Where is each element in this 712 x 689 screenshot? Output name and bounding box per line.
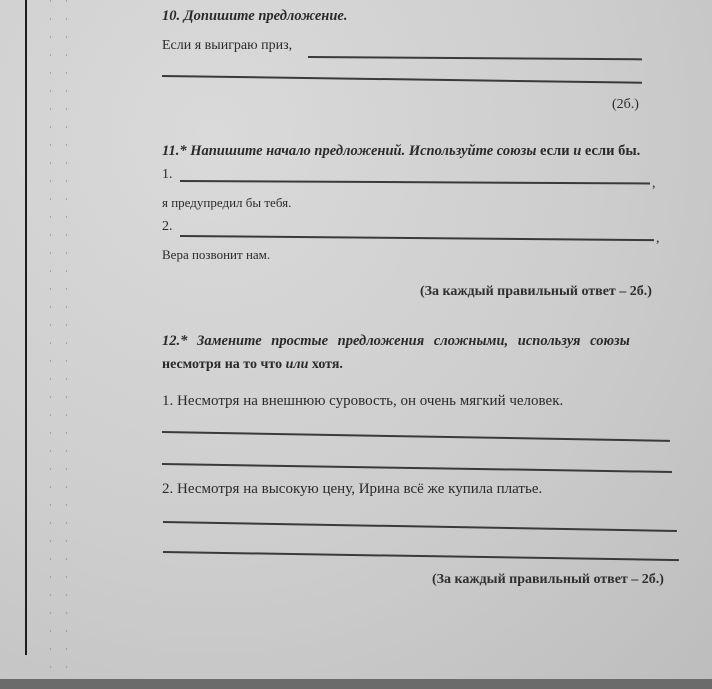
task11-conj-and: и [573, 143, 581, 159]
task12-item2: 2. Несмотря на высокую цену, Ирина всё ж… [162, 481, 542, 498]
answer-line[interactable] [163, 521, 677, 531]
task11-score: (За каждый правильный ответ – 2б.) [420, 284, 652, 300]
answer-line[interactable] [162, 75, 642, 83]
task12-conj-a: несмотря на то что [162, 357, 282, 372]
task12-conj-or: или [286, 357, 309, 372]
answer-line[interactable] [180, 180, 650, 184]
task11-number: 11.* [162, 143, 187, 159]
photo-bottom-edge [0, 679, 712, 689]
task11-instruction: Напишите начало предложений. Используйте… [190, 143, 536, 159]
answer-line[interactable] [162, 431, 670, 441]
task11-conj2: если бы. [585, 143, 640, 159]
task12-item1: 1. Несмотря на внешнюю суровость, он оче… [162, 393, 563, 410]
item1-comma: , [652, 176, 656, 192]
perforation-line [50, 0, 51, 680]
task10-score: (2б.) [612, 97, 639, 113]
worksheet-page: 10. Допишите предложение. Если я выиграю… [0, 0, 712, 680]
task12-heading-line1: 12.* Замените простые предложения сложны… [162, 333, 630, 350]
task11-item1-number: 1. [162, 167, 173, 183]
margin-line [25, 0, 27, 655]
task11-heading: 11.* Напишите начало предложений. Исполь… [162, 143, 640, 160]
answer-line[interactable] [308, 56, 642, 60]
answer-line[interactable] [162, 463, 672, 473]
task11-conj1: если [540, 143, 570, 159]
task10-prompt: Если я выиграю приз, [162, 38, 292, 54]
answer-line[interactable] [163, 551, 679, 561]
task11-item2-number: 2. [162, 219, 173, 235]
answer-line[interactable] [180, 235, 654, 241]
task12-score: (За каждый правильный ответ – 2б.) [432, 572, 664, 588]
task12-conj-b: хотя. [312, 357, 343, 372]
task12-heading-line2: несмотря на то что или хотя. [162, 357, 343, 373]
task10-heading: 10. Допишите предложение. [162, 8, 347, 25]
perforation-line [66, 0, 67, 680]
task11-item2-continuation: Вера позвонит нам. [162, 247, 270, 263]
item2-comma: , [656, 231, 660, 247]
task11-item1-continuation: я предупредил бы тебя. [162, 195, 291, 211]
